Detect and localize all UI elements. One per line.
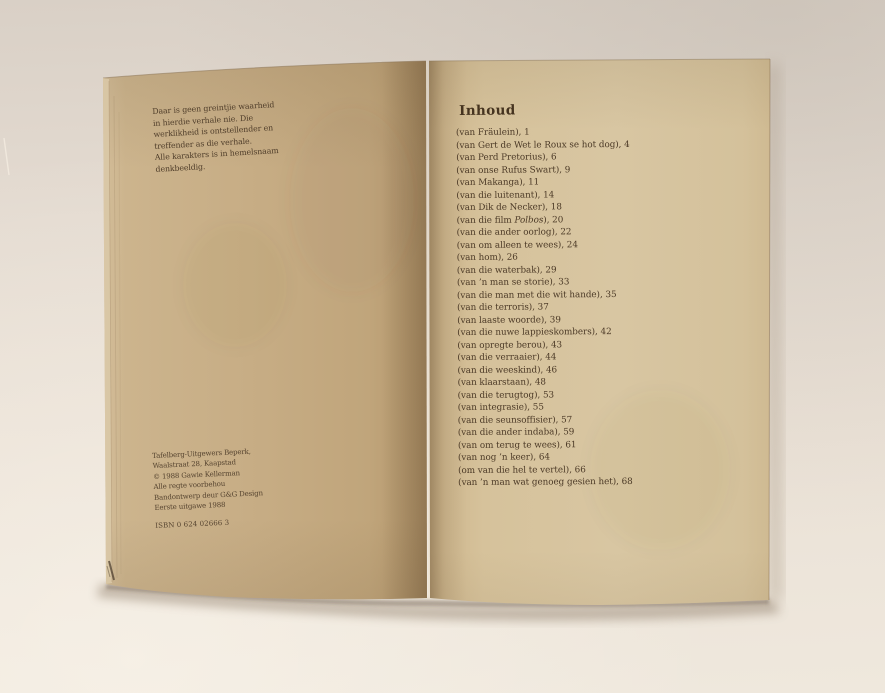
toc-page-number: , 66	[569, 465, 586, 475]
toc-page-number: , 57	[556, 415, 573, 425]
toc-page-number: , 35	[600, 290, 617, 300]
toc-page-number: , 53	[537, 390, 554, 400]
toc-page-number: , 11	[523, 177, 540, 187]
toc-page-number: , 37	[532, 302, 549, 312]
toc-page-number: , 48	[529, 377, 546, 387]
disclaimer-text: Daar is geen greintjie waarheid in hierd…	[152, 98, 296, 175]
open-book: Daar is geen greintjie waarheid in hierd…	[0, 0, 885, 693]
toc-page-number: , 24	[561, 240, 578, 250]
toc-page-number: , 4	[619, 139, 630, 149]
toc-page-number: , 6	[545, 152, 556, 162]
toc-page-number: , 26	[501, 253, 518, 263]
toc-page-number: , 46	[540, 365, 557, 375]
toc-page-number: , 33	[553, 277, 570, 287]
toc-page-number: , 61	[560, 440, 577, 450]
toc-item: (van ’n man wat genoeg gesien het), 68	[458, 475, 758, 489]
toc-page-number: , 18	[545, 202, 562, 212]
toc-page-number: , 1	[519, 128, 530, 138]
toc-page-number: , 43	[545, 340, 562, 350]
toc-page-number: , 59	[558, 427, 575, 437]
table-of-contents: (van Fräulein), 1(van Gert de Wet le Rou…	[456, 125, 758, 489]
contents-heading: Inhoud	[459, 102, 516, 119]
imprint-text: Tafelberg-Uitgewers Beperk, Waalstraat 2…	[152, 444, 305, 513]
desk-surface: Daar is geen greintjie waarheid in hierd…	[0, 0, 885, 693]
toc-page-number: , 29	[540, 265, 557, 275]
toc-page-number: , 22	[555, 227, 572, 237]
toc-page-number: , 20	[547, 215, 564, 225]
toc-page-number: , 55	[527, 402, 544, 412]
toc-page-number: , 14	[538, 190, 555, 200]
toc-page-number: , 68	[616, 477, 633, 487]
imprint-block: Tafelberg-Uitgewers Beperk, Waalstraat 2…	[152, 444, 305, 530]
toc-page-number: , 42	[595, 327, 612, 337]
toc-page-number: , 64	[533, 452, 550, 462]
isbn-text: ISBN 0 624 02666 3	[155, 516, 305, 531]
toc-page-number: , 39	[544, 315, 561, 325]
toc-page-number: , 9	[559, 165, 570, 175]
toc-page-number: , 44	[540, 352, 557, 362]
